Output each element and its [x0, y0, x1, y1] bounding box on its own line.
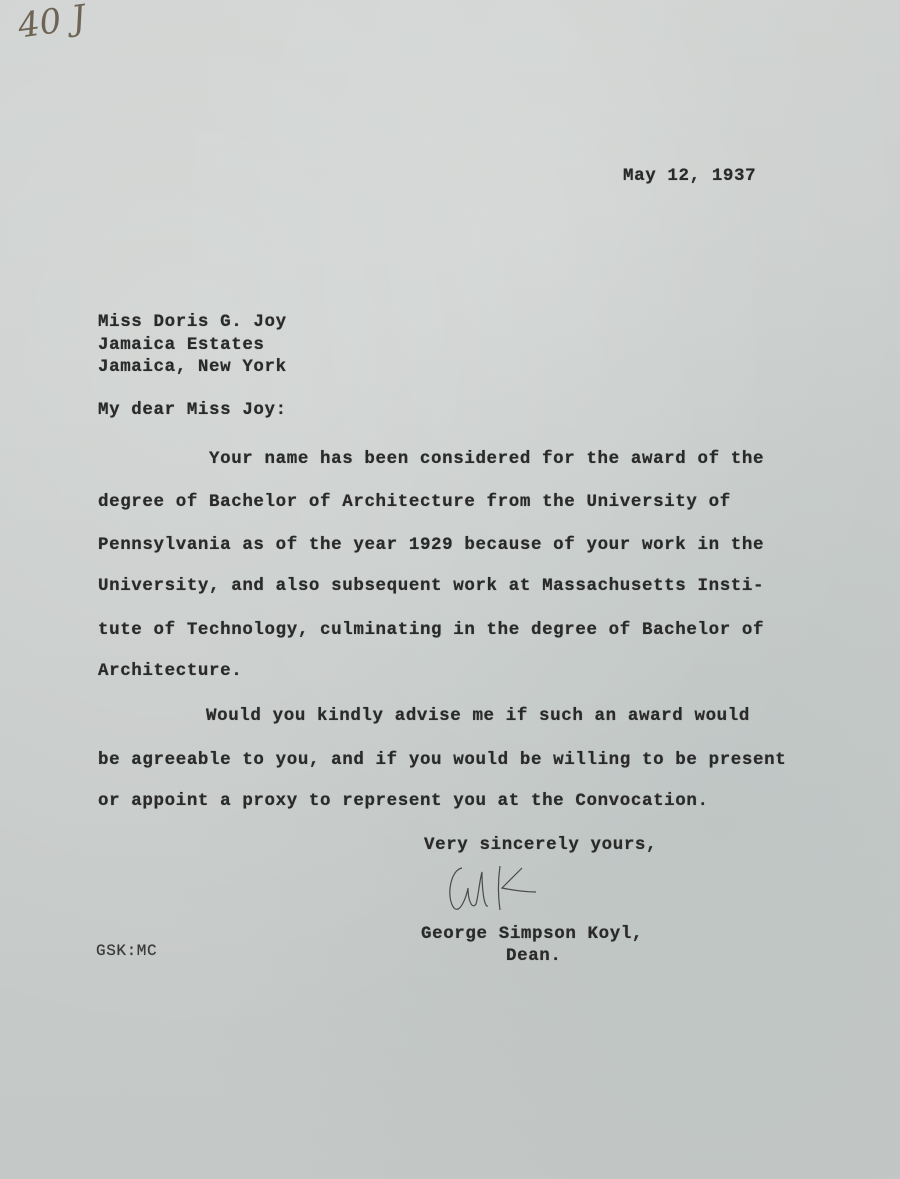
paragraph2-line: Would you kindly advise me if such an aw…	[206, 706, 750, 726]
paragraph1-line: Architecture.	[98, 661, 242, 681]
handwritten-signature	[440, 858, 560, 918]
recipient-address-line1: Jamaica Estates	[98, 335, 265, 355]
paragraph2-line: be agreeable to you, and if you would be…	[98, 750, 786, 770]
paragraph1-line: Your name has been considered for the aw…	[209, 449, 764, 469]
salutation: My dear Miss Joy:	[98, 400, 287, 420]
paragraph1-line: degree of Bachelor of Architecture from …	[98, 492, 731, 512]
paragraph1-line: University, and also subsequent work at …	[98, 576, 764, 596]
pencil-annotation: 40 J	[16, 0, 89, 47]
closing: Very sincerely yours,	[424, 835, 657, 855]
letter-page: 40 J May 12, 1937 Miss Doris G. Joy Jama…	[0, 0, 900, 1179]
paragraph2-line: or appoint a proxy to represent you at t…	[98, 791, 709, 811]
recipient-address-line2: Jamaica, New York	[98, 357, 287, 377]
recipient-name: Miss Doris G. Joy	[98, 312, 287, 332]
signer-title: Dean.	[506, 946, 562, 966]
paragraph1-line: tute of Technology, culminating in the d…	[98, 620, 764, 640]
paragraph1-line: Pennsylvania as of the year 1929 because…	[98, 535, 764, 555]
signer-name: George Simpson Koyl,	[421, 924, 643, 944]
letter-date: May 12, 1937	[623, 166, 756, 186]
reference-initials: GSK:MC	[96, 942, 157, 960]
